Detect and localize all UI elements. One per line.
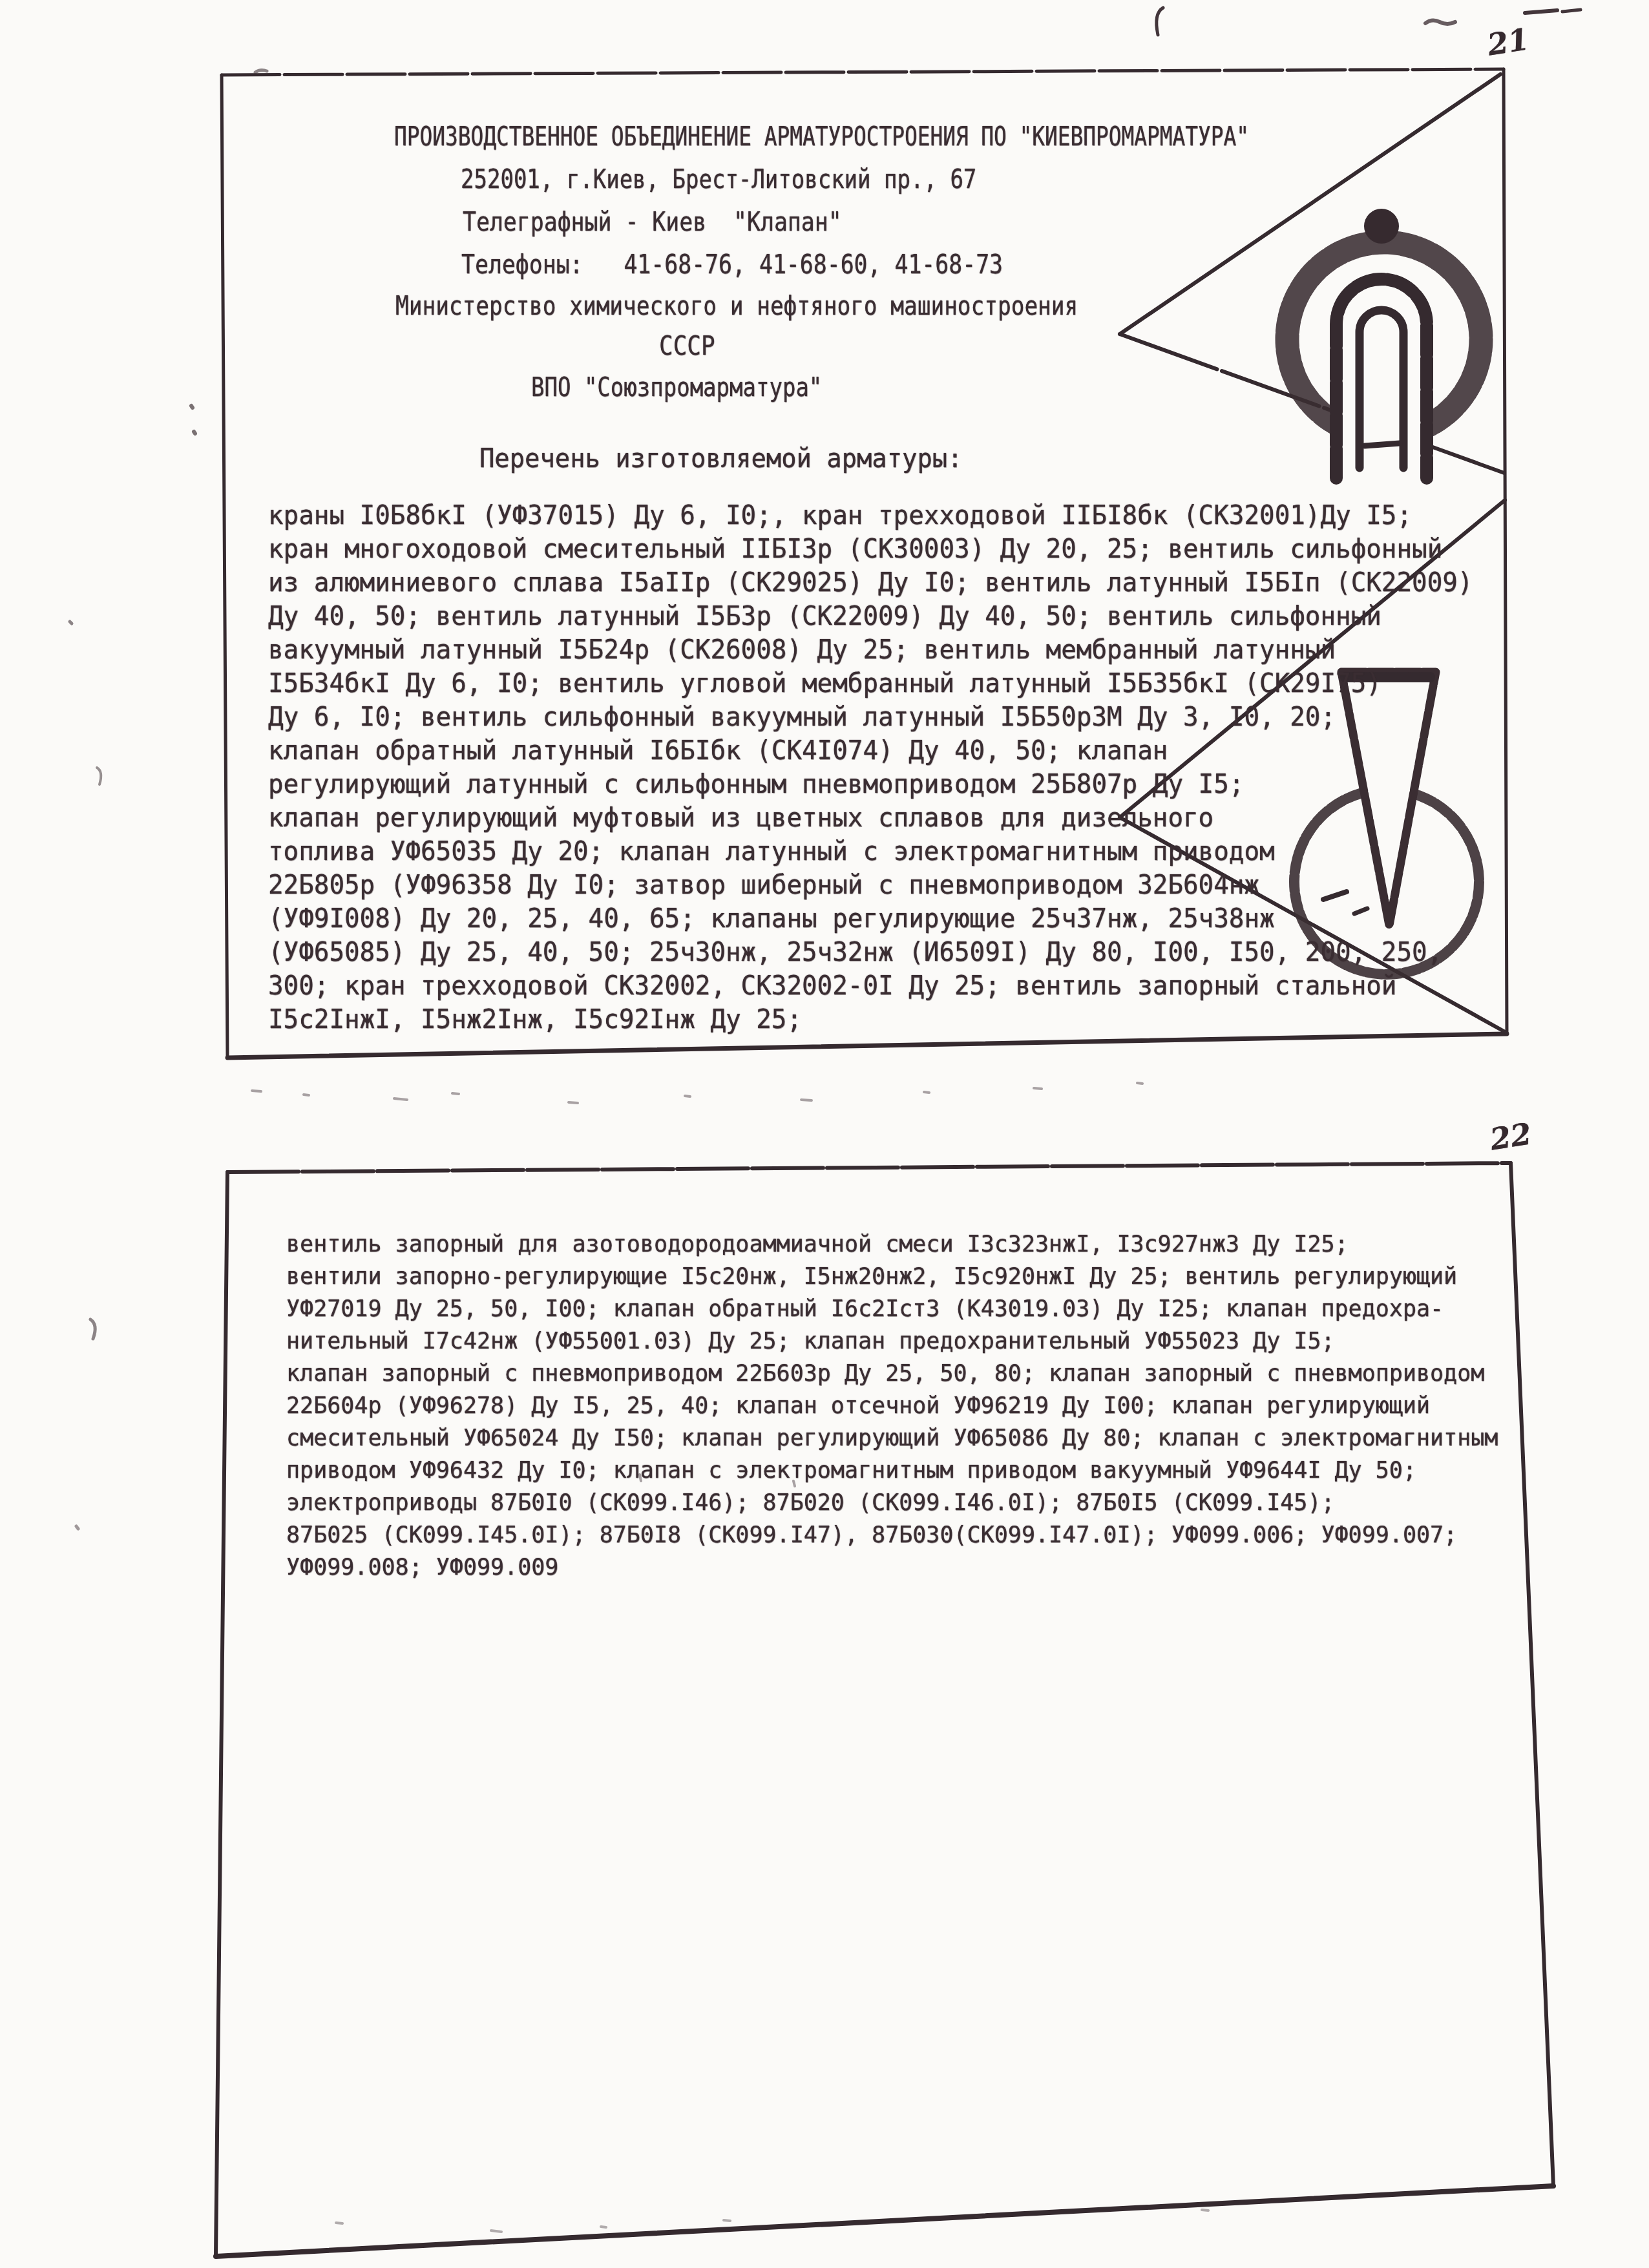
country-line: СССР [659,332,715,361]
p2-body-line: электроприводы 87Б0I0 (СК099.I46); 87Б02… [286,1489,1335,1517]
scan-artwork-layer [0,0,1649,2268]
handwritten-page-number-22: 22 [1487,1116,1534,1157]
scanned-document-page: { "colors": { "ink": "#3a2d32", "paper":… [0,0,1649,2268]
p1-body-line: (УФ65085) Ду 25, 40, 50; 25ч30нж, 25ч32н… [268,938,1442,967]
telegraph-line: Телеграфный - Киев "Клапан" [463,208,842,236]
org-name-line: ПРОИЗВОДСТВЕННОЕ ОБЪЕДИНЕНИЕ АРМАТУРОСТР… [394,123,1249,151]
p1-body-line: регулирующий латунный с сильфонным пневм… [268,770,1244,799]
p1-body-line: 22Б805р (УФ96358 Ду I0; затвор шиберный … [268,870,1259,900]
vpo-line: ВПО "Союзпромарматура" [531,373,822,402]
page2-frame [216,1163,1553,2256]
phones-line: Телефоны: 41-68-76, 41-68-60, 41-68-73 [461,251,1003,279]
p2-body-line: нительный I7с42нж (УФ55001.03) Ду 25; кл… [286,1328,1335,1355]
scan-noise [70,8,1581,2232]
p1-body-line: клапан обратный латунный I6БIбк (СК4I074… [268,736,1168,766]
p1-body-line: (УФ9I008) Ду 20, 25, 40, 65; клапаны рег… [268,904,1275,934]
p1-body-line: вакуумный латунный I5Б24р (СК26008) Ду 2… [268,635,1336,665]
list-title: Перечень изготовляемой арматуры: [479,444,963,474]
p1-body-line: из алюминиевого сплава I5аIIр (СК29025) … [268,568,1473,598]
p1-body-line: I5с2IнжI, I5нж2Iнж, I5с92Iнж Ду 25; [268,1005,802,1034]
p1-body-line: Ду 6, I0; вентиль сильфонный вакуумный л… [268,702,1336,732]
ring-horseshoe-emblem-icon [1287,209,1481,478]
p2-body-line: клапан запорный с пневмоприводом 22Б603р… [286,1360,1484,1387]
p2-body-line: смесительный УФ65024 Ду I50; клапан регу… [286,1425,1498,1452]
p1-body-line: кран многоходовой смесительный IIБI3р (С… [268,534,1442,564]
p2-body-line: вентиль запорный для азотоводородоаммиач… [286,1231,1349,1258]
p1-body-line: краны I0Б8бкI (УФ37015) Ду 6, I0;, кран … [268,501,1412,530]
ministry-line: Министерство химического и нефтяного маш… [395,292,1078,320]
p2-body-line: УФ099.008; УФ099.009 [286,1554,558,1581]
p2-body-line: УФ27019 Ду 25, 50, I00; клапан обратный … [286,1296,1444,1323]
handwritten-page-number-21: 21 [1485,21,1531,62]
p1-body-line: клапан регулирующий муфтовый из цветных … [268,803,1213,833]
p1-body-line: I5Б34бкI Ду 6, I0; вентиль угловой мембр… [268,669,1381,698]
p2-body-line: 87Б025 (СК099.I45.0I); 87Б0I8 (СК099.I47… [286,1522,1457,1549]
p1-body-line: Ду 40, 50; вентиль латунный I5Б3р (СК220… [268,602,1381,631]
p2-body-line: вентили запорно-регулирующие I5с20нж, I5… [286,1263,1457,1290]
p2-body-line: 22Б604р (УФ96278) Ду I5, 25, 40; клапан … [286,1392,1430,1420]
p2-body-line: приводом УФ96432 Ду I0; клапан с электро… [286,1457,1416,1484]
p1-body-line: 300; кран трехходовой СК32002, СК32002-0… [268,971,1396,1001]
p1-body-line: топлива УФ65035 Ду 20; клапан латунный с… [268,837,1275,866]
address-line: 252001, г.Киев, Брест-Литовский пр., 67 [461,165,976,194]
